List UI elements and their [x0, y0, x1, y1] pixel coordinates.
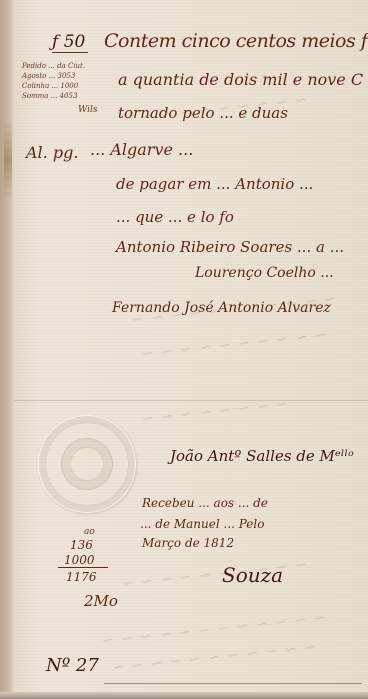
tally-total: 1176 — [66, 570, 97, 584]
manuscript-page: ~ ~ ~ ~ ~ ~ ~ ~ ~ ~ ~ ~ ~ ~ ~ ~ ~ ~ ~ ~ … — [0, 0, 368, 699]
tally-value: 1000 — [64, 553, 95, 567]
page-bottom-edge — [0, 692, 368, 699]
amount-underline — [52, 52, 88, 53]
margin-note-line: Somma ... 4053 — [22, 92, 77, 101]
margin-abbreviation: Al. pg. — [26, 143, 78, 162]
body-line: de pagar em ... Antonio ... — [116, 175, 313, 193]
seal-center — [61, 438, 113, 490]
body-line: a quantia de dois mil e nove C — [118, 70, 363, 89]
binding-spine — [0, 0, 14, 699]
embossed-seal — [38, 415, 136, 513]
body-line: Antonio Ribeiro Soares ... a ... — [116, 238, 344, 256]
endorsement-signature: Souza — [222, 563, 283, 587]
bleed-through-text: ~ ~ ~ ~ ~ ~ ~ ~ ~ ~ — [140, 325, 328, 363]
margin-note-line: Agosto ... 3053 — [22, 72, 75, 81]
body-line: ... Algarve ... — [90, 140, 193, 159]
tally-value: 136 — [70, 538, 93, 552]
amount-label: ƒ 50 — [52, 32, 85, 52]
body-line: ... que ... e lo fo — [116, 208, 234, 226]
margin-note-line: Colinha ... 1000 — [22, 82, 78, 91]
paper-fold-line — [14, 400, 368, 401]
endorsement-line-1: João Antº Salles de Mᵉˡˡᵒ — [170, 447, 354, 465]
water-stain — [4, 120, 12, 200]
margin-note-line: Pedido ... da Ciut. — [22, 62, 85, 71]
margin-initials: Wils — [78, 106, 97, 115]
opening-line: Contem cinco centos meios fo — [104, 30, 368, 52]
endorsement-date: Março de 1812 — [142, 536, 234, 550]
signature-2: Fernando José Antonio Alvarez — [112, 300, 331, 316]
body-line: tornado pelo ... e duas — [118, 104, 288, 122]
endorsement-line-3: ... de Manuel ... Pelo — [140, 517, 264, 531]
signature-1: Lourenço Coelho ... — [195, 265, 334, 281]
endorsement-line-2: Recebeu ... aos ... de — [142, 496, 268, 510]
tally-note: 2Mo — [84, 592, 118, 610]
folio-number: Nº 27 — [46, 655, 99, 676]
tally-sum-rule — [58, 567, 108, 568]
bottom-rule — [104, 683, 362, 684]
tally-label: ao — [84, 528, 95, 537]
